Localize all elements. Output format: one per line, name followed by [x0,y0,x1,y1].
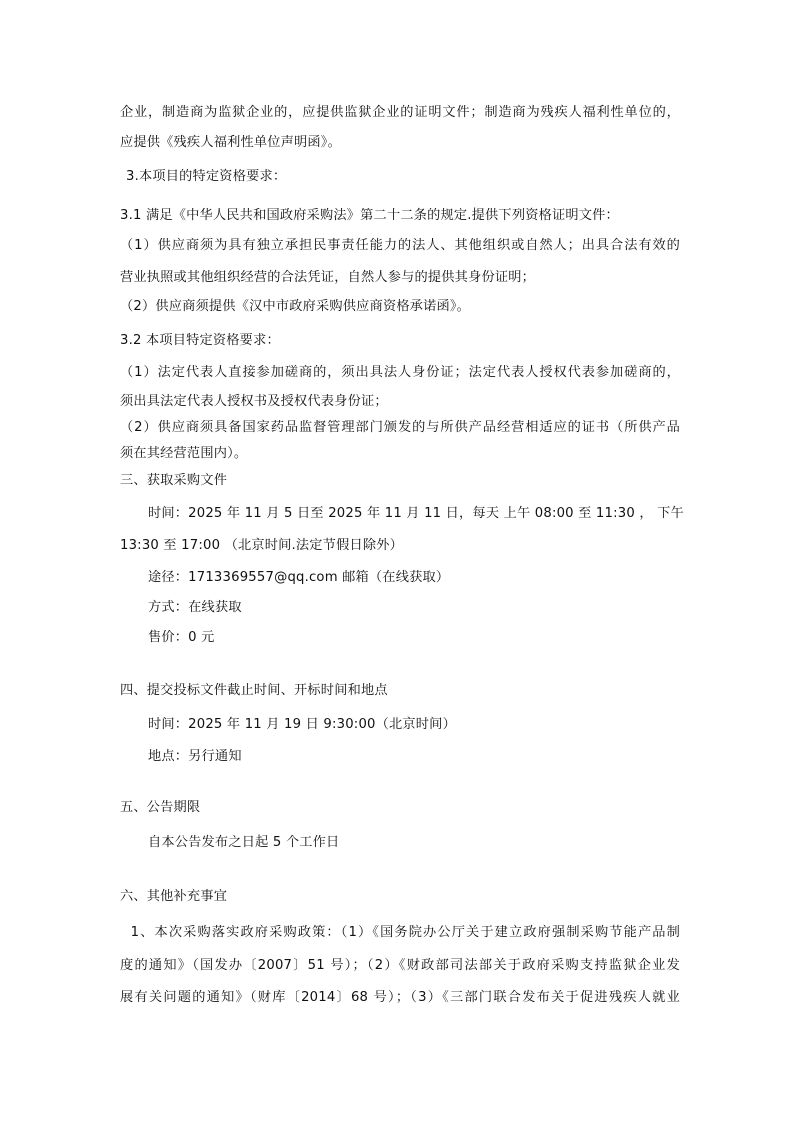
text-line: 1、本次采购落实政府采购政策：（1）《国务院办公厅关于建立政府强制采购节能产品制 [120,924,680,942]
document-page: 企业，制造商为监狱企业的，应提供监狱企业的证明文件；制造商为残疾人福利性单位的，… [0,0,792,1121]
text-line: 自本公告发布之日起 5 个工作日 [148,834,339,852]
text-line: 企业，制造商为监狱企业的，应提供监狱企业的证明文件；制造商为残疾人福利性单位的， [120,104,680,122]
section-heading: 五、公告期限 [120,799,200,817]
text-line: （2）供应商须提供《汉中市政府采购供应商资格承诺函》。 [120,298,470,316]
section-heading: 3.本项目的特定资格要求： [126,168,286,186]
text-line: 13:30 至 17:00 （北京时间.法定节假日除外） [120,537,403,555]
text-line: （1）供应商须为具有独立承担民事责任能力的法人、其他组织或自然人；出具合法有效的 [120,237,680,255]
text-line: 时间：2025 年 11 月 5 日至 2025 年 11 月 11 日，每天 … [148,505,684,523]
section-heading: 六、其他补充事宜 [120,888,227,906]
text-line: 须在其经营范围内）。 [120,445,247,463]
section-heading: 3.1 满足《中华人民共和国政府采购法》第二十二条的规定.提供下列资格证明文件： [120,207,619,225]
text-line: 售价：0 元 [148,629,215,647]
text-line: 途径：1713369557@qq.com 邮箱（在线获取） [148,569,449,587]
section-heading: 三、获取采购文件 [120,472,227,490]
section-heading: 3.2 本项目特定资格要求： [120,332,280,350]
text-line: （2）供应商须具备国家药品监督管理部门颁发的与所供产品经营相适应的证书（所供产品 [120,419,680,437]
text-line: （1）法定代表人直接参加磋商的，须出具法人身份证；法定代表人授权代表参加磋商的， [120,364,680,382]
section-heading: 四、提交投标文件截止时间、开标时间和地点 [120,682,388,700]
text-line: 营业执照或其他组织经营的合法凭证，自然人参与的提供其身份证明； [120,269,535,287]
text-line: 时间：2025 年 11 月 19 日 9:30:00（北京时间） [148,716,456,734]
text-line: 地点：另行通知 [148,748,242,766]
text-line: 度的通知》（国发办〔2007〕51 号）；（2）《财政部司法部关于政府采购支持监… [120,957,680,975]
text-line: 应提供《残疾人福利性单位声明函》。 [120,134,341,152]
text-line: 方式：在线获取 [148,599,242,617]
text-line: 须出具法定代表人授权书及授权代表身份证； [120,393,388,411]
text-line: 展有关问题的通知》（财库〔2014〕68 号）；（3）《三部门联合发布关于促进残… [120,989,680,1007]
